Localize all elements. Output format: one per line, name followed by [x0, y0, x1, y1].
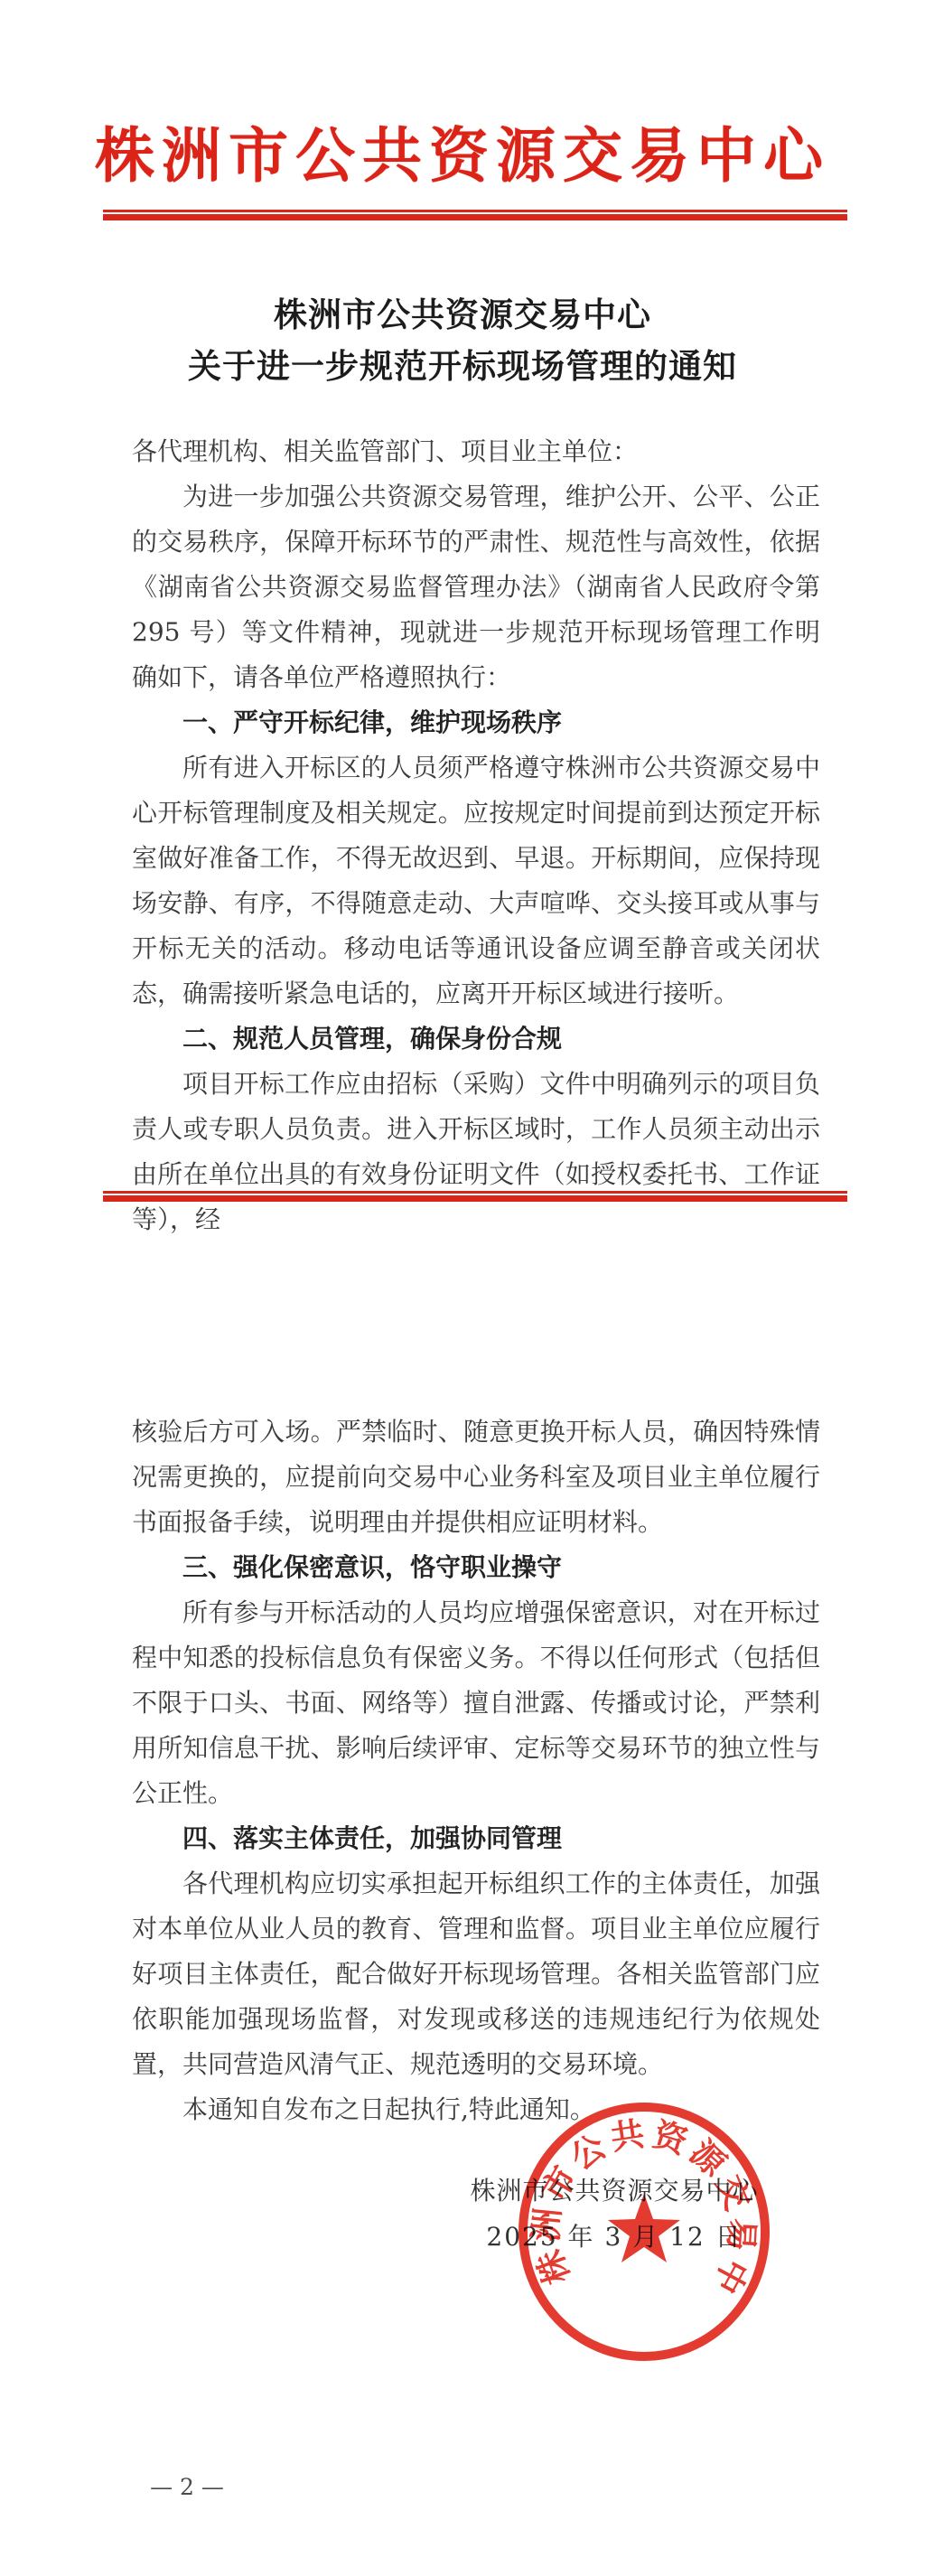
- letterhead-rule: [103, 210, 847, 220]
- section-heading-1: 一、严守开标纪律，维护现场秩序: [132, 700, 820, 745]
- page-break-rule: [103, 1191, 847, 1202]
- document-title-line2: 关于进一步规范开标现场管理的通知: [0, 341, 925, 392]
- scanned-notice-document: 株洲市公共资源交易中心 株洲市公共资源交易中心 关于进一步规范开标现场管理的通知…: [0, 0, 925, 2576]
- paragraph-section-2-part2: 核验后方可入场。严禁临时、随意更换开标人员，确因特殊情况需更换的，应提前向交易中…: [132, 1410, 820, 1545]
- salutation: 各代理机构、相关监管部门、项目业主单位：: [132, 429, 820, 474]
- paragraph-intro: 为进一步加强公共资源交易管理，维护公开、公平、公正的交易秩序，保障开标环节的严肃…: [132, 474, 820, 700]
- paragraph-section-3: 所有参与开标活动的人员均应增强保密意识，对在开标过程中知悉的投标信息负有保密义务…: [132, 1590, 820, 1816]
- paragraph-section-2-part1: 项目开标工作应由招标（采购）文件中明确列示的项目负责人或专职人员负责。进入开标区…: [132, 1062, 820, 1242]
- page-number: — 2 —: [133, 2474, 241, 2500]
- body-page1: 各代理机构、相关监管部门、项目业主单位： 为进一步加强公共资源交易管理，维护公开…: [132, 429, 820, 1242]
- document-title-line1: 株洲市公共资源交易中心: [0, 289, 925, 341]
- section-heading-2: 二、规范人员管理，确保身份合规: [132, 1016, 820, 1062]
- seal-star-icon: [608, 2194, 680, 2262]
- document-title: 株洲市公共资源交易中心 关于进一步规范开标现场管理的通知: [0, 289, 925, 392]
- body-page2: 核验后方可入场。严禁临时、随意更换开标人员，确因特殊情况需更换的，应提前向交易中…: [132, 1410, 820, 2132]
- seal-rim-text: 株洲市公共资源交易中心: [509, 2096, 762, 2304]
- section-heading-4: 四、落实主体责任，加强协同管理: [132, 1816, 820, 1861]
- section-heading-3: 三、强化保密意识，恪守职业操守: [132, 1545, 820, 1590]
- official-seal: 株洲市公共资源交易中心: [509, 2096, 780, 2367]
- paragraph-section-4: 各代理机构应切实承担起开标组织工作的主体责任，加强对本单位从业人员的教育、管理和…: [132, 1861, 820, 2087]
- paragraph-section-1: 所有进入开标区的人员须严格遵守株洲市公共资源交易中心开标管理制度及相关规定。应按…: [132, 745, 820, 1016]
- letterhead-agency-title: 株洲市公共资源交易中心: [0, 114, 925, 197]
